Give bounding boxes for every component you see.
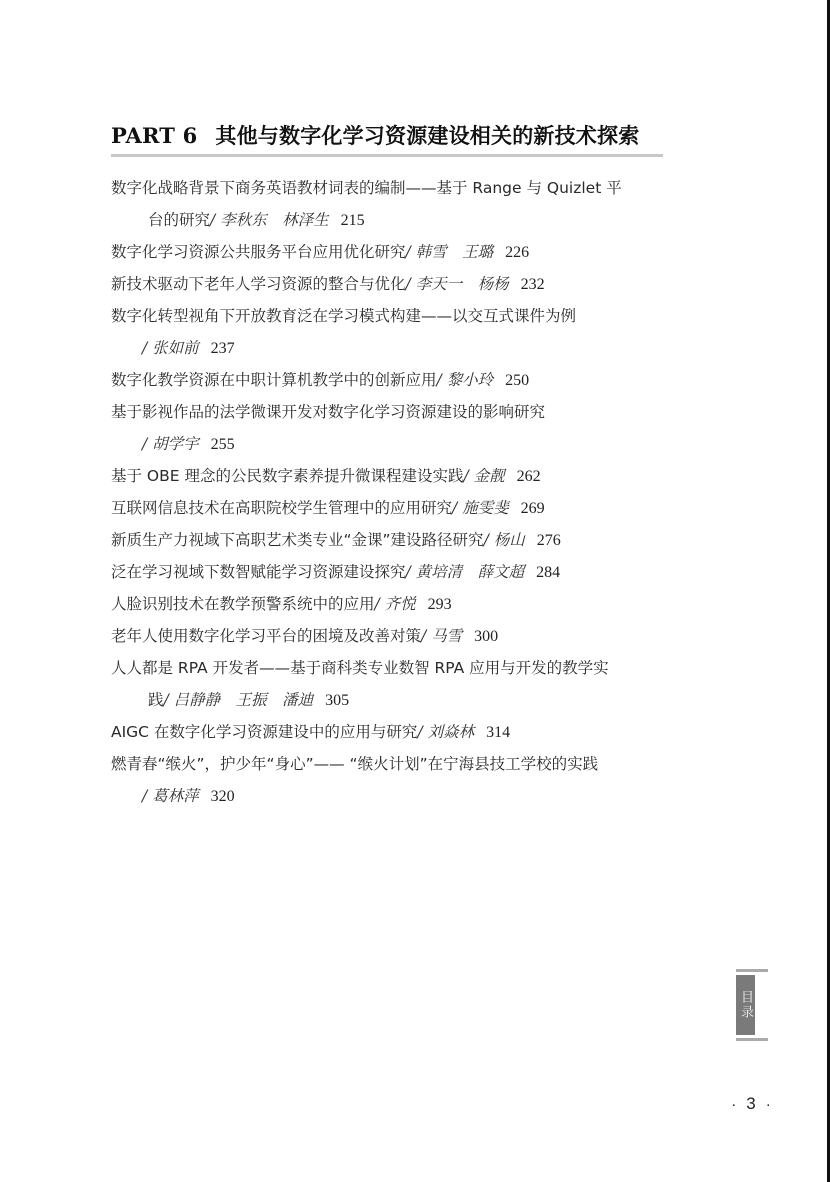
toc-entry-continuation[interactable]: 台的研究/ 李秋东 林泽生215: [111, 204, 691, 236]
table-of-contents: 数字化战略背景下商务英语教材词表的编制——基于 Range 与 Quizlet …: [111, 172, 691, 812]
toc-entry-authors: / 黎小玲: [437, 371, 494, 389]
page-number: ·3·: [716, 1094, 786, 1114]
toc-entry[interactable]: 泛在学习视域下数智赋能学习资源建设探究/ 黄培清 薛文超284: [111, 556, 691, 588]
toc-entry-continuation[interactable]: / 胡学宇255: [111, 428, 691, 460]
toc-entry-page: 293: [428, 596, 452, 613]
page-number-dot-right: ·: [766, 1096, 771, 1113]
toc-entry[interactable]: 互联网信息技术在高职院校学生管理中的应用研究/ 施雯斐269: [111, 492, 691, 524]
toc-entry-continuation[interactable]: / 张如前237: [111, 332, 691, 364]
toc-entry-page: 320: [211, 788, 235, 805]
toc-entry-authors: / 金靓: [463, 467, 504, 485]
toc-entry-page: 226: [505, 244, 529, 261]
toc-entry-authors: / 黄培清 薛文超: [406, 563, 525, 581]
toc-entry-title[interactable]: 人人都是 RPA 开发者——基于商科类专业数智 RPA 应用与开发的教学实: [111, 652, 691, 684]
toc-entry-title: 互联网信息技术在高职院校学生管理中的应用研究: [111, 499, 452, 517]
toc-entry-title: AIGC 在数字化学习资源建设中的应用与研究: [111, 723, 417, 741]
toc-entry-authors: / 吕静静 王振 潘迪: [164, 691, 314, 709]
toc-entry-page: 314: [486, 724, 510, 741]
toc-entry-title[interactable]: 数字化战略背景下商务英语教材词表的编制——基于 Range 与 Quizlet …: [111, 172, 691, 204]
toc-entry-page: 250: [505, 372, 529, 389]
toc-entry-title[interactable]: 燃青春“缑火”，护少年“身心”—— “缑火计划”在宁海县技工学校的实践: [111, 748, 691, 780]
page-number-value: 3: [746, 1094, 755, 1113]
toc-entry[interactable]: 人脸识别技术在教学预警系统中的应用/ 齐悦293: [111, 588, 691, 620]
toc-entry-title: 新技术驱动下老年人学习资源的整合与优化: [111, 275, 406, 293]
toc-entry[interactable]: 基于 OBE 理念的公民数字素养提升微课程建设实践/ 金靓262: [111, 460, 691, 492]
toc-entry-title: 数字化教学资源在中职计算机教学中的创新应用: [111, 371, 437, 389]
toc-entry[interactable]: 老年人使用数字化学习平台的困境及改善对策/ 马雪300: [111, 620, 691, 652]
toc-entry[interactable]: 数字化教学资源在中职计算机教学中的创新应用/ 黎小玲250: [111, 364, 691, 396]
toc-entry-title: 人脸识别技术在教学预警系统中的应用: [111, 595, 375, 613]
toc-entry-page: 262: [517, 468, 541, 485]
toc-entry-page: 300: [474, 628, 498, 645]
toc-entry-title: 新质生产力视域下高职艺术类专业“金课”建设路径研究: [111, 531, 484, 549]
toc-entry-page: 237: [211, 340, 235, 357]
side-tab-top-rule: [736, 969, 768, 972]
toc-entry-continuation[interactable]: / 葛林萍320: [111, 780, 691, 812]
toc-entry-authors: / 韩雪 王璐: [406, 243, 494, 261]
toc-entry-title[interactable]: 数字化转型视角下开放教育泛在学习模式构建——以交互式课件为例: [111, 300, 691, 332]
toc-entry-authors: / 胡学宇: [142, 435, 199, 453]
page-number-dot-left: ·: [731, 1096, 736, 1113]
part-label: PART 6: [111, 123, 197, 148]
toc-entry-authors: / 葛林萍: [142, 787, 199, 805]
toc-entry-authors: / 杨山: [484, 531, 525, 549]
toc-entry-authors: / 李天一 杨杨: [406, 275, 509, 293]
side-tab-label[interactable]: 目录: [736, 975, 755, 1035]
toc-entry-authors: / 齐悦: [375, 595, 416, 613]
toc-entry-title: 泛在学习视域下数智赋能学习资源建设探究: [111, 563, 406, 581]
part-title: 其他与数字化学习资源建设相关的新技术探索: [215, 123, 639, 148]
toc-entry-title: 数字化学习资源公共服务平台应用优化研究: [111, 243, 406, 261]
toc-entry-title: 老年人使用数字化学习平台的困境及改善对策: [111, 627, 421, 645]
toc-entry-page: 305: [325, 692, 349, 709]
toc-entry-title[interactable]: 基于影视作品的法学微课开发对数字化学习资源建设的影响研究: [111, 396, 691, 428]
toc-entry-authors: / 马雪: [421, 627, 462, 645]
toc-entry[interactable]: 新技术驱动下老年人学习资源的整合与优化/ 李天一 杨杨232: [111, 268, 691, 300]
toc-entry[interactable]: AIGC 在数字化学习资源建设中的应用与研究/ 刘焱林314: [111, 716, 691, 748]
toc-entry-title: 基于 OBE 理念的公民数字素养提升微课程建设实践: [111, 467, 463, 485]
toc-entry-page: 215: [341, 212, 365, 229]
toc-entry-authors: / 施雯斐: [452, 499, 509, 517]
toc-entry-title-cont: 践: [148, 691, 164, 709]
side-tab-bottom-rule: [736, 1038, 768, 1041]
toc-entry-page: 269: [521, 500, 545, 517]
toc-entry-page: 232: [521, 276, 545, 293]
side-tab[interactable]: 目录: [736, 969, 768, 1041]
part-heading: PART 6其他与数字化学习资源建设相关的新技术探索: [111, 120, 663, 157]
toc-entry-authors: / 张如前: [142, 339, 199, 357]
toc-entry-authors: / 李秋东 林泽生: [210, 211, 329, 229]
toc-entry-authors: / 刘焱林: [417, 723, 474, 741]
toc-entry[interactable]: 数字化学习资源公共服务平台应用优化研究/ 韩雪 王璐226: [111, 236, 691, 268]
toc-entry[interactable]: 新质生产力视域下高职艺术类专业“金课”建设路径研究/ 杨山276: [111, 524, 691, 556]
toc-entry-title-cont: 台的研究: [148, 211, 210, 229]
toc-entry-page: 284: [536, 564, 560, 581]
toc-entry-continuation[interactable]: 践/ 吕静静 王振 潘迪305: [111, 684, 691, 716]
toc-entry-page: 255: [211, 436, 235, 453]
toc-entry-page: 276: [537, 532, 561, 549]
